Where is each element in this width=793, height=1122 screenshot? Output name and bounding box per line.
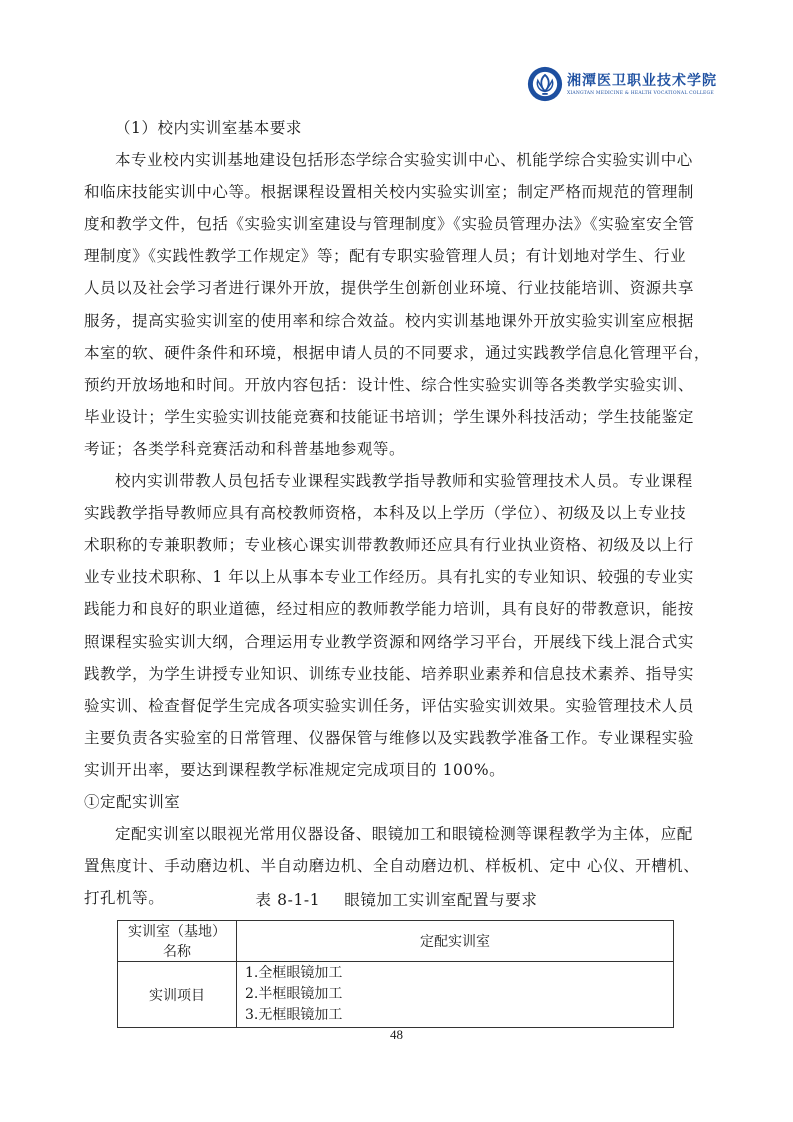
section-title: （1）校内实训室基本要求: [84, 112, 712, 144]
college-name-cn: 湘潭医卫职业技术学院: [567, 72, 717, 90]
paragraph-line: 理制度》《实践性教学工作规定》等；配有专职实验管理人员；有计划地对学生、行业: [84, 240, 712, 272]
paragraph-line: 本专业校内实训基地建设包括形态学综合实验实训中心、机能学综合实验实训中心: [84, 144, 712, 176]
paragraph-line: 照课程实验实训大纲，合理运用专业教学资源和网络学习平台，开展线下线上混合式实: [84, 626, 712, 658]
header-cell: 定配实训室: [237, 921, 674, 962]
paragraph-line: 度和教学文件，包括《实验实训室建设与管理制度》《实验员管理办法》《实验室安全管: [84, 208, 712, 240]
header-cell: 实训室（基地）名称: [118, 921, 237, 962]
table-row: 实训项目 1.全框眼镜加工 2.半框眼镜加工 3.无框眼镜加工: [118, 962, 674, 1028]
paragraph-line: 实训开出率，要达到课程教学标准规定完成项目的 100%。: [84, 754, 712, 786]
paragraph-line: 定配实训室以眼视光常用仪器设备、眼镜加工和眼镜检测等课程教学为主体，应配: [84, 818, 712, 850]
table-title: 眼镜加工实训室配置与要求: [344, 891, 537, 909]
requirements-table: 实训室（基地）名称 定配实训室 实训项目 1.全框眼镜加工 2.半框眼镜加工 3…: [117, 920, 674, 1028]
paragraph-line: 践教学，为学生讲授专业知识、训练专业技能、培养职业素养和信息技术素养、指导实: [84, 658, 712, 690]
paragraph-line: 人员以及社会学习者进行课外开放，提供学生创新创业环境、行业技能培训、资源共享: [84, 272, 712, 304]
college-emblem-icon: [527, 64, 563, 104]
paragraph-line: 验实训、检查督促学生完成各项实验实训任务，评估实验实训效果。实验管理技术人员: [84, 690, 712, 722]
document-body: （1）校内实训室基本要求 本专业校内实训基地建设包括形态学综合实验实训中心、机能…: [84, 112, 712, 914]
paragraph-line: 校内实训带教人员包括专业课程实践教学指导教师和实验管理技术人员。专业课程: [84, 465, 712, 497]
college-logo: 湘潭医卫职业技术学院 XIANGTAN MEDICINE & HEALTH VO…: [527, 63, 717, 105]
table-header-row: 实训室（基地）名称 定配实训室: [118, 921, 674, 962]
items-cell: 1.全框眼镜加工 2.半框眼镜加工 3.无框眼镜加工: [237, 962, 674, 1028]
paragraph-line: 和临床技能实训中心等。根据课程设置相关校内实验实训室；制定严格而规范的管理制: [84, 176, 712, 208]
list-item: 2.半框眼镜加工: [245, 984, 665, 1005]
list-item: 3.无框眼镜加工: [245, 1005, 665, 1026]
paragraph-line: 本室的软、硬件条件和环境，根据申请人员的不同要求，通过实践教学信息化管理平台，: [84, 337, 712, 369]
table-caption: 表 8-1-1眼镜加工实训室配置与要求: [0, 888, 793, 912]
paragraph-line: 毕业设计；学生实验实训技能竞赛和技能证书培训；学生课外科技活动；学生技能鉴定: [84, 401, 712, 433]
paragraph-line: 服务，提高实验实训室的使用率和综合效益。校内实训基地课外开放实验实训室应根据: [84, 305, 712, 337]
paragraph-line: 术职称的专兼职教师；专业核心课实训带教教师还应具有行业执业资格、初级及以上行: [84, 529, 712, 561]
paragraph-line: 置焦度计、手动磨边机、半自动磨边机、全自动磨边机、样板机、定中 心仪、开槽机、: [84, 850, 712, 882]
page-number: 48: [0, 1027, 793, 1043]
row-label-cell: 实训项目: [118, 962, 237, 1028]
college-name-en: XIANGTAN MEDICINE & HEALTH VOCATIONAL CO…: [567, 90, 717, 97]
list-item: 1.全框眼镜加工: [245, 963, 665, 984]
paragraph-line: 主要负责各实验室的日常管理、仪器保管与维修以及实践教学准备工作。专业课程实验: [84, 722, 712, 754]
paragraph-line: 预约开放场地和时间。开放内容包括：设计性、综合性实验实训等各类教学实验实训、: [84, 369, 712, 401]
subsection-heading: ①定配实训室: [84, 786, 712, 818]
table-number: 表 8-1-1: [256, 891, 321, 909]
paragraph-line: 业专业技术职称、1 年以上从事本专业工作经历。具有扎实的专业知识、较强的专业实: [84, 561, 712, 593]
paragraph-line: 实践教学指导教师应具有高校教师资格，本科及以上学历（学位）、初级及以上专业技: [84, 497, 712, 529]
paragraph-line: 践能力和良好的职业道德，经过相应的教师教学能力培训，具有良好的带教意识，能按: [84, 593, 712, 625]
paragraph-line: 考证；各类学科竞赛活动和科普基地参观等。: [84, 433, 712, 465]
